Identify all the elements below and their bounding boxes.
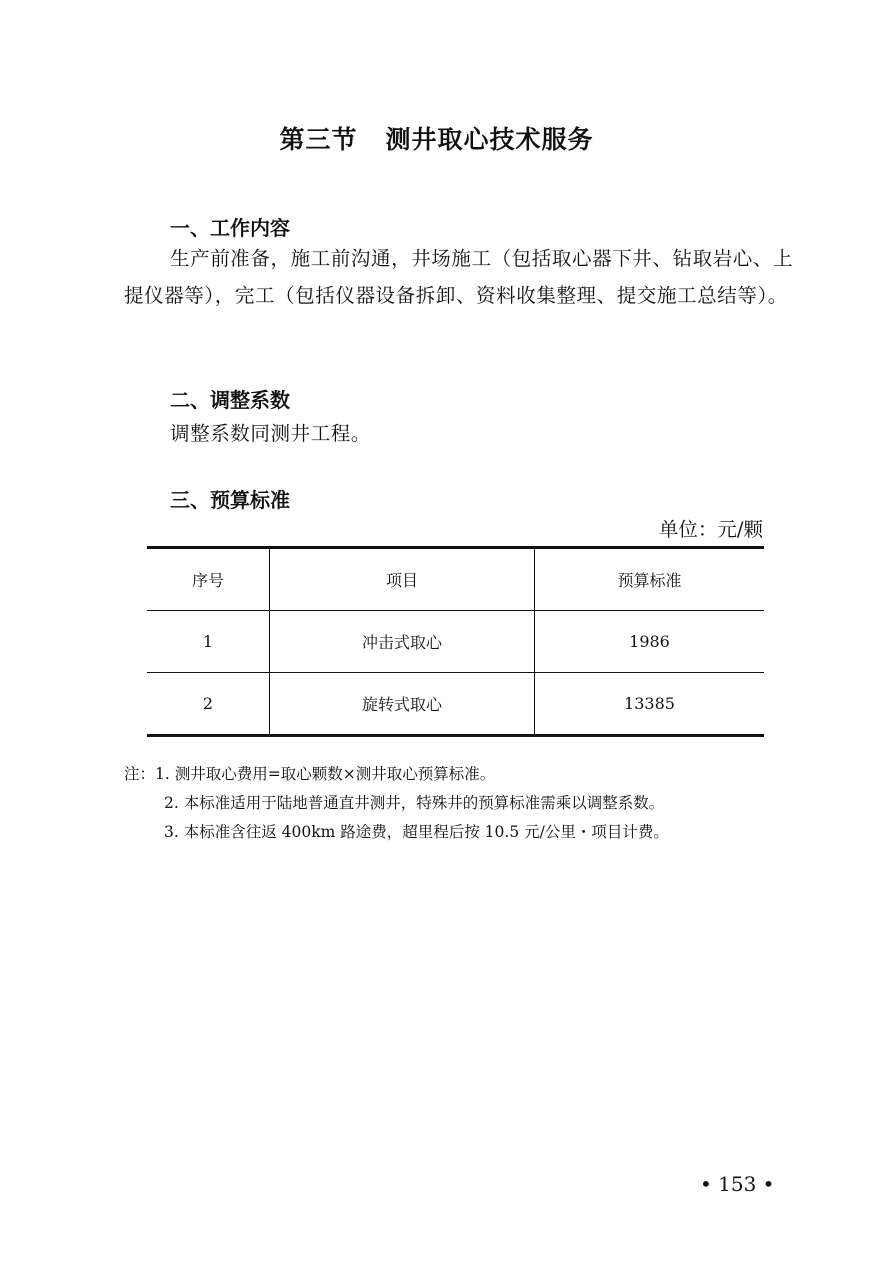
unit-label: 单位：元/颗 <box>659 514 763 542</box>
heading-adjustment-factor: 二、调整系数 <box>170 384 290 413</box>
budget-table: 序号 项目 预算标准 1 冲击式取心 1986 2 旋转式取心 13385 <box>147 546 764 737</box>
cell-item: 冲击式取心 <box>270 611 535 673</box>
header-budget: 预算标准 <box>535 548 765 611</box>
cell-index: 1 <box>147 611 270 673</box>
cell-budget: 13385 <box>535 673 765 736</box>
table-row: 2 旋转式取心 13385 <box>147 673 764 736</box>
table-row: 1 冲击式取心 1986 <box>147 611 764 673</box>
cell-item: 旋转式取心 <box>270 673 535 736</box>
note-item: 注：1. 测井取心费用=取心颗数×测井取心预算标准。 <box>124 760 669 789</box>
adjustment-factor-paragraph: 调整系数同测井工程。 <box>170 418 371 446</box>
cell-budget: 1986 <box>535 611 765 673</box>
header-item: 项目 <box>270 548 535 611</box>
heading-budget-standard: 三、预算标准 <box>170 484 290 513</box>
work-content-paragraph: 生产前准备，施工前沟通，井场施工（包括取心器下井、钻取岩心、上提仪器等），完工（… <box>124 240 794 314</box>
notes: 注：1. 测井取心费用=取心颗数×测井取心预算标准。 2. 本标准适用于陆地普通… <box>124 760 669 847</box>
note-item: 2. 本标准适用于陆地普通直井测井，特殊井的预算标准需乘以调整系数。 <box>124 789 669 818</box>
page-title: 第三节测井取心技术服务 <box>0 120 873 156</box>
cell-index: 2 <box>147 673 270 736</box>
heading-work-content: 一、工作内容 <box>170 212 290 241</box>
notes-label: 注： <box>124 765 155 783</box>
section-name: 测井取心技术服务 <box>386 125 594 154</box>
header-index: 序号 <box>147 548 270 611</box>
section-number: 第三节 <box>279 125 357 154</box>
page-number: • 153 • <box>700 1172 774 1196</box>
note-item: 3. 本标准含往返 400km 路途费，超里程后按 10.5 元/公里・项目计费… <box>124 818 669 847</box>
table-header-row: 序号 项目 预算标准 <box>147 548 764 611</box>
